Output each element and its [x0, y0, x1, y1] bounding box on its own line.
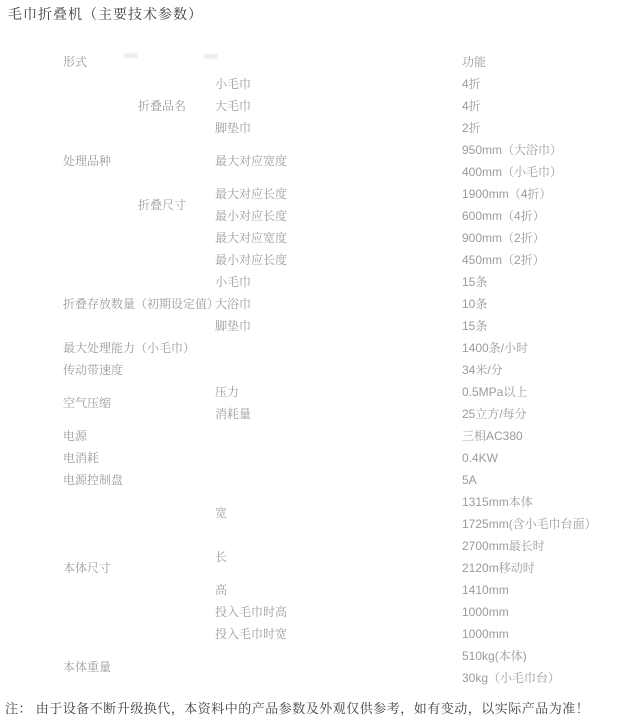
spec-item: 小毛巾 — [215, 73, 462, 95]
spec-value: 510kg(本体) 30kg（小毛巾台） — [462, 645, 619, 689]
footer-note: 注： 由于设备不断升级换代，本资料中的产品参数及外观仅供参考，如有变动，以实际产… — [5, 698, 619, 717]
spec-value: 1400条/小时 — [462, 337, 619, 359]
spec-value: 4折 — [462, 95, 619, 117]
spec-sheet-page: 毛巾折叠机（主要技术参数） 形式 功能 折叠品名 小毛巾 4折 大毛巾 — [0, 8, 619, 723]
spec-value-line: 2120m移动时 — [462, 557, 619, 579]
spec-item: 投入毛巾时高 — [215, 601, 462, 623]
spec-category: 本体尺寸 — [63, 491, 215, 645]
spec-value: 600mm（4折） — [462, 205, 619, 227]
spec-value: 34米/分 — [462, 359, 619, 381]
spec-value: 1000mm — [462, 623, 619, 645]
spec-category: 电源 — [63, 425, 215, 447]
spec-value-line: 30kg（小毛巾台） — [462, 667, 619, 689]
spec-item: 消耗量 — [215, 403, 462, 425]
spec-subcategory: 折叠品名 — [138, 73, 215, 139]
spec-item: 最大对应长度 — [215, 183, 462, 205]
spec-category: 电消耗 — [63, 447, 215, 469]
spec-value: 900mm（2折） — [462, 227, 619, 249]
spec-value: 1315mm本体 1725mm(含小毛巾台面） — [462, 491, 619, 535]
spec-subcategory: 折叠尺寸 — [138, 139, 215, 271]
spec-value: 950mm（大浴巾） 400mm（小毛巾） — [462, 139, 619, 183]
table-row: 电源控制盘 5A — [63, 469, 619, 491]
spec-item: 最小对应长度 — [215, 249, 462, 271]
spec-category: 处理品种 — [63, 139, 138, 183]
spec-item: 宽 — [215, 491, 462, 535]
spec-item: 脚垫巾 — [215, 315, 462, 337]
spec-category: 本体重量 — [63, 645, 215, 689]
table-row: 空气压缩 压力 0.5MPa以上 — [63, 381, 619, 403]
table-row: 最大处理能力（小毛巾） 1400条/小时 — [63, 337, 619, 359]
spec-value: 0.4KW — [462, 447, 619, 469]
spec-item: 高 — [215, 579, 462, 601]
spec-category: 折叠存放数量（初期设定值） — [63, 271, 215, 337]
spec-value-line: 950mm（大浴巾） — [462, 139, 619, 161]
spec-value: 5A — [462, 469, 619, 491]
table-row: 形式 功能 — [63, 51, 619, 73]
spec-value-line: 510kg(本体) — [462, 645, 619, 667]
spec-item: 投入毛巾时宽 — [215, 623, 462, 645]
page-title: 毛巾折叠机（主要技术参数） — [8, 8, 619, 24]
spec-item: 最大对应宽度 — [215, 227, 462, 249]
table-row: 本体重量 510kg(本体) 30kg（小毛巾台） — [63, 645, 619, 689]
spec-item: 长 — [215, 535, 462, 579]
spec-value-line: 1315mm本体 — [462, 491, 619, 513]
spec-value: 三相AC380 — [462, 425, 619, 447]
faded-artifact — [124, 53, 138, 58]
spec-category: 电源控制盘 — [63, 469, 215, 491]
spec-value: 15条 — [462, 271, 619, 293]
spec-category: 传动带速度 — [63, 359, 215, 381]
table-row: 电消耗 0.4KW — [63, 447, 619, 469]
table-row: 折叠品名 小毛巾 4折 — [63, 73, 619, 95]
spec-category: 空气压缩 — [63, 381, 215, 425]
spec-value: 1410mm — [462, 579, 619, 601]
faded-artifact — [204, 54, 218, 59]
spec-item: 小毛巾 — [215, 271, 462, 293]
spec-value: 0.5MPa以上 — [462, 381, 619, 403]
spec-category: 最大处理能力（小毛巾） — [63, 337, 215, 359]
spec-item: 大毛巾 — [215, 95, 462, 117]
spec-item: 脚垫巾 — [215, 117, 462, 139]
spec-value-line: 400mm（小毛巾） — [462, 161, 619, 183]
spec-value: 10条 — [462, 293, 619, 315]
table-row: 本体尺寸 宽 1315mm本体 1725mm(含小毛巾台面） — [63, 491, 619, 535]
spec-item: 大浴巾 — [215, 293, 462, 315]
spec-value: 功能 — [462, 51, 619, 73]
table-row: 折叠存放数量（初期设定值） 小毛巾 15条 — [63, 271, 619, 293]
spec-value: 15条 — [462, 315, 619, 337]
spec-value: 25立方/每分 — [462, 403, 619, 425]
table-row: 电源 三相AC380 — [63, 425, 619, 447]
spec-table: 形式 功能 折叠品名 小毛巾 4折 大毛巾 4折 脚垫巾 2折 — [63, 51, 619, 689]
spec-item: 最小对应长度 — [215, 205, 462, 227]
spec-value: 1000mm — [462, 601, 619, 623]
spec-value: 450mm（2折） — [462, 249, 619, 271]
spec-item: 最大对应宽度 — [215, 139, 462, 183]
spec-value: 2折 — [462, 117, 619, 139]
table-row: 传动带速度 34米/分 — [63, 359, 619, 381]
spec-item: 压力 — [215, 381, 462, 403]
spec-value: 1900mm（4折） — [462, 183, 619, 205]
spec-value-line: 1725mm(含小毛巾台面） — [462, 513, 619, 535]
spec-value: 2700mm最长时 2120m移动时 — [462, 535, 619, 579]
spec-value: 4折 — [462, 73, 619, 95]
spec-value-line: 2700mm最长时 — [462, 535, 619, 557]
table-row: 处理品种 折叠尺寸 最大对应宽度 950mm（大浴巾） 400mm（小毛巾） — [63, 139, 619, 183]
